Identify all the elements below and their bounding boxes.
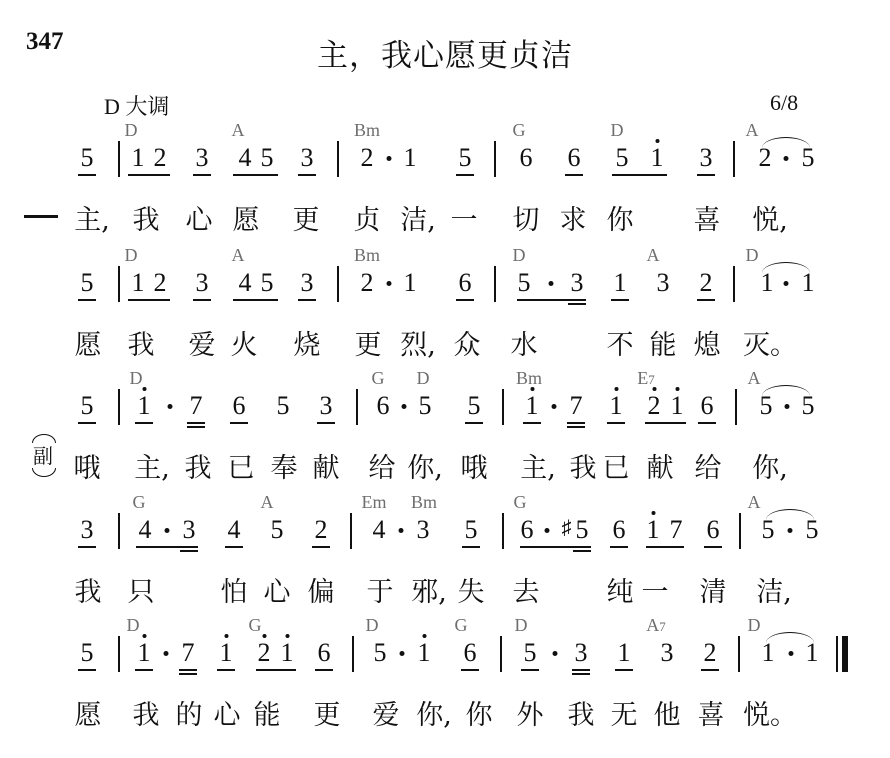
- lyric-syllable: 悦,: [752, 198, 788, 237]
- augmentation-dot: [784, 281, 789, 286]
- chord-symbol: G: [133, 492, 146, 513]
- augmentation-dot: [785, 404, 790, 409]
- beam-underline: [128, 174, 170, 176]
- lyric-syllable: 清: [700, 570, 727, 609]
- note: 5: [459, 145, 472, 171]
- lyric-syllable: 灭。: [743, 323, 797, 362]
- note: 5: [81, 270, 94, 296]
- lyric-syllable: 众: [454, 323, 481, 362]
- sixteenth-underline: [568, 303, 586, 305]
- chord-symbol: D: [366, 615, 379, 636]
- note: 3: [575, 640, 588, 666]
- key-signature: D 大调: [104, 90, 169, 121]
- bar-line: [494, 266, 496, 302]
- note: 7: [570, 393, 583, 419]
- lyric-syllable: 无: [611, 693, 638, 732]
- chord-symbol: D: [127, 615, 140, 636]
- refrain-marker-arc-bottom: [32, 468, 56, 477]
- high-octave-dot: [652, 387, 656, 391]
- bar-line: [356, 389, 358, 425]
- bar-line: [352, 636, 354, 672]
- lyric-syllable: 我: [133, 693, 160, 732]
- augmentation-dot: [549, 281, 554, 286]
- lyric-syllable: 我: [128, 323, 155, 362]
- eighth-underline: [187, 422, 205, 424]
- eighth-underline: [611, 299, 629, 301]
- final-bar-thin: [836, 636, 838, 672]
- eighth-underline: [78, 546, 96, 548]
- chord-symbol: D: [746, 245, 759, 266]
- high-octave-dot: [655, 139, 659, 143]
- refrain-marker-arc-top: [32, 434, 56, 443]
- note: 3: [301, 145, 314, 171]
- eighth-underline: [701, 669, 719, 671]
- note: 5: [616, 145, 629, 171]
- note: 2: [154, 270, 167, 296]
- note: 2: [700, 270, 713, 296]
- lyric-syllable: 他: [654, 693, 681, 732]
- chord-symbol: D: [417, 368, 430, 389]
- lyric-syllable: 能: [254, 693, 281, 732]
- lyric-syllable: 更: [293, 198, 320, 237]
- bar-line: [337, 266, 339, 302]
- lyric-syllable: 心: [214, 693, 241, 732]
- note: 1: [138, 393, 151, 419]
- sixteenth-underline: [572, 673, 590, 675]
- note: 2: [361, 145, 374, 171]
- lyric-syllable: 愿: [75, 323, 102, 362]
- eighth-underline: [78, 174, 96, 176]
- lyric-syllable: 求: [560, 198, 587, 237]
- augmentation-dot: [552, 404, 557, 409]
- note: 3: [320, 393, 333, 419]
- beam-underline: [520, 546, 589, 548]
- note: 2: [648, 393, 661, 419]
- augmentation-dot: [400, 651, 405, 656]
- beam-underline: [233, 299, 278, 301]
- chord-symbol: A: [748, 492, 761, 513]
- eighth-underline: [465, 422, 483, 424]
- note: 3: [81, 517, 94, 543]
- eighth-underline: [567, 422, 585, 424]
- chord-symbol: A: [748, 368, 761, 389]
- note: 3: [196, 145, 209, 171]
- note: 3: [657, 270, 670, 296]
- sixteenth-underline: [180, 550, 198, 552]
- note: 1: [138, 640, 151, 666]
- chord-symbol: D: [748, 615, 761, 636]
- lyric-syllable: 烈,: [400, 323, 436, 362]
- eighth-underline: [607, 422, 625, 424]
- lyric-syllable: 水: [511, 323, 538, 362]
- chord-symbol: G: [513, 120, 526, 141]
- sixteenth-underline: [179, 673, 197, 675]
- verse-lead-dash: [24, 215, 58, 218]
- lyric-syllable: 奉: [271, 446, 298, 485]
- bar-line: [118, 266, 120, 302]
- eighth-underline: [456, 299, 474, 301]
- augmentation-dot: [402, 404, 407, 409]
- lyric-syllable: 外: [517, 693, 544, 732]
- note: 5: [81, 393, 94, 419]
- lyric-syllable: 愿: [233, 198, 260, 237]
- lyric-syllable: 已: [603, 446, 630, 485]
- beam-underline: [233, 174, 278, 176]
- note: 3: [661, 640, 674, 666]
- bar-line: [350, 513, 352, 549]
- chord-symbol: Bm: [516, 368, 542, 389]
- eighth-underline: [78, 299, 96, 301]
- lyric-syllable: 喜: [698, 693, 725, 732]
- eighth-underline: [610, 546, 628, 548]
- note: 1: [647, 517, 660, 543]
- chord-symbol: G: [455, 615, 468, 636]
- high-octave-dot: [142, 387, 146, 391]
- note: 6: [568, 145, 581, 171]
- eighth-underline: [217, 669, 235, 671]
- eighth-underline: [298, 299, 316, 301]
- eighth-underline: [697, 174, 715, 176]
- lyric-syllable: 更: [314, 693, 341, 732]
- note: 6: [464, 640, 477, 666]
- note: 6: [233, 393, 246, 419]
- augmentation-dot: [784, 156, 789, 161]
- eighth-underline: [698, 422, 716, 424]
- eighth-underline: [225, 546, 243, 548]
- eighth-underline: [317, 422, 335, 424]
- lyric-syllable: 一: [451, 198, 478, 237]
- lyric-syllable: 喜: [694, 198, 721, 237]
- chord-symbol: A7: [646, 615, 666, 636]
- note: 1: [614, 270, 627, 296]
- eighth-underline: [193, 299, 211, 301]
- note: 7: [182, 640, 195, 666]
- lyric-syllable: 我: [570, 446, 597, 485]
- augmentation-dot: [387, 281, 392, 286]
- beam-underline: [645, 422, 686, 424]
- note: 3: [301, 270, 314, 296]
- hymn-title: 主，我心愿更贞洁: [0, 30, 890, 75]
- note: 3: [183, 517, 196, 543]
- chord-symbol: G: [514, 492, 527, 513]
- lyric-syllable: 哦: [461, 446, 488, 485]
- note: 6: [318, 640, 331, 666]
- high-octave-dot: [262, 634, 266, 638]
- note: 1: [671, 393, 684, 419]
- lyric-syllable: 的: [176, 693, 203, 732]
- lyric-syllable: 主,: [520, 446, 556, 485]
- note: 2: [315, 517, 328, 543]
- eighth-underline: [193, 174, 211, 176]
- note: 3: [571, 270, 584, 296]
- note: 6: [707, 517, 720, 543]
- chord-symbol: A: [232, 120, 245, 141]
- bar-line: [733, 266, 735, 302]
- lyric-syllable: 熄: [694, 323, 721, 362]
- lyric-syllable: 邪,: [411, 570, 447, 609]
- note: 5: [261, 145, 274, 171]
- note: 7: [190, 393, 203, 419]
- lyric-syllable: 给: [369, 446, 396, 485]
- lyric-syllable: 我: [75, 570, 102, 609]
- augmentation-dot: [387, 156, 392, 161]
- note: 1: [220, 640, 233, 666]
- lyric-syllable: 我: [568, 693, 595, 732]
- tie-arc: [766, 632, 814, 643]
- sixteenth-underline: [187, 426, 205, 428]
- lyric-syllable: 贞: [354, 198, 381, 237]
- high-octave-dot: [142, 634, 146, 638]
- note: 5: [271, 517, 284, 543]
- lyric-syllable: 你: [607, 198, 634, 237]
- note: 1: [761, 270, 774, 296]
- chord-symbol: D: [130, 368, 143, 389]
- note: 4: [373, 517, 386, 543]
- note: 5♯: [576, 517, 589, 543]
- tie-arc: [762, 262, 810, 273]
- note: 3: [196, 270, 209, 296]
- lyric-syllable: 更: [355, 323, 382, 362]
- lyric-syllable: 洁,: [756, 570, 792, 609]
- beam-underline: [646, 546, 684, 548]
- lyric-syllable: 于: [367, 570, 394, 609]
- augmentation-dot: [788, 528, 793, 533]
- augmentation-dot: [789, 651, 794, 656]
- lyric-syllable: 切: [513, 198, 540, 237]
- augmentation-dot: [164, 651, 169, 656]
- chord-symbol: A: [261, 492, 274, 513]
- chord-symbol: Em: [362, 492, 387, 513]
- bar-line: [337, 141, 339, 177]
- note: 1: [610, 393, 623, 419]
- note: 1: [618, 640, 631, 666]
- eighth-underline: [521, 669, 539, 671]
- bar-line: [502, 513, 504, 549]
- eighth-underline: [697, 299, 715, 301]
- note: 5: [760, 393, 773, 419]
- note: 3: [700, 145, 713, 171]
- tie-arc: [762, 385, 810, 396]
- eighth-underline: [315, 669, 333, 671]
- augmentation-dot: [399, 528, 404, 533]
- lyric-syllable: 哦: [74, 446, 101, 485]
- eighth-underline: [572, 669, 590, 671]
- chord-symbol: Bm: [354, 245, 380, 266]
- beam-underline: [612, 174, 667, 176]
- note: 4: [139, 517, 152, 543]
- sharp-icon: ♯: [562, 515, 572, 541]
- note: 1: [404, 145, 417, 171]
- eighth-underline: [461, 669, 479, 671]
- augmentation-dot: [168, 404, 173, 409]
- refrain-marker: 副: [32, 440, 54, 469]
- high-octave-dot: [614, 387, 618, 391]
- note: 1: [762, 640, 775, 666]
- note: 1: [132, 145, 145, 171]
- lyric-syllable: 爱: [373, 693, 400, 732]
- lyric-syllable: 火: [231, 323, 258, 362]
- lyric-syllable: 怕: [221, 570, 248, 609]
- high-octave-dot: [530, 387, 534, 391]
- bar-line: [118, 141, 120, 177]
- note: 5: [465, 517, 478, 543]
- lyric-syllable: 心: [264, 570, 291, 609]
- chord-symbol: D: [611, 120, 624, 141]
- note: 4: [239, 145, 252, 171]
- time-signature: 6/8: [770, 90, 798, 116]
- eighth-underline: [135, 669, 153, 671]
- note: 5: [806, 517, 819, 543]
- eighth-underline: [78, 422, 96, 424]
- note: 5: [468, 393, 481, 419]
- chord-symbol: Bm: [411, 492, 437, 513]
- beam-underline: [136, 546, 197, 548]
- note: 2: [258, 640, 271, 666]
- note: 5: [762, 517, 775, 543]
- eighth-underline: [456, 174, 474, 176]
- bar-line: [739, 513, 741, 549]
- note: 3: [417, 517, 430, 543]
- eighth-underline: [523, 422, 541, 424]
- bar-line: [502, 389, 504, 425]
- eighth-underline: [615, 669, 633, 671]
- sixteenth-underline: [573, 550, 591, 552]
- lyric-syllable: 不: [607, 323, 634, 362]
- refrain-marker-label: 副: [33, 444, 53, 468]
- chord-symbol: E7: [637, 368, 655, 389]
- note: 4: [228, 517, 241, 543]
- bar-line: [735, 389, 737, 425]
- lyric-syllable: 纯: [607, 570, 634, 609]
- note: 6: [520, 145, 533, 171]
- chord-symbol: A: [746, 120, 759, 141]
- augmentation-dot: [545, 528, 550, 533]
- note: 5: [518, 270, 531, 296]
- bar-line: [733, 141, 735, 177]
- note: 1: [526, 393, 539, 419]
- note: 6: [459, 270, 472, 296]
- lyric-syllable: 你: [466, 693, 493, 732]
- eighth-underline: [135, 422, 153, 424]
- lyric-syllable: 爱: [189, 323, 216, 362]
- note: 1: [404, 270, 417, 296]
- note: 5: [81, 640, 94, 666]
- note: 5: [802, 145, 815, 171]
- note: 1: [802, 270, 815, 296]
- eighth-underline: [704, 546, 722, 548]
- high-octave-dot: [675, 387, 679, 391]
- note: 6: [377, 393, 390, 419]
- note: 5: [261, 270, 274, 296]
- lyric-syllable: 你,: [407, 446, 443, 485]
- note: 2: [154, 145, 167, 171]
- bar-line: [118, 513, 120, 549]
- lyric-syllable: 愿: [75, 693, 102, 732]
- final-bar-thick: [842, 636, 848, 672]
- lyric-syllable: 献: [313, 446, 340, 485]
- chord-symbol: D: [513, 245, 526, 266]
- lyric-syllable: 给: [695, 446, 722, 485]
- lyric-syllable: 我: [133, 198, 160, 237]
- lyric-syllable: 主,: [134, 446, 170, 485]
- lyric-syllable: 你,: [752, 446, 788, 485]
- note: 1: [418, 640, 431, 666]
- note: 1: [651, 145, 664, 171]
- beam-underline: [517, 299, 584, 301]
- bar-line: [738, 636, 740, 672]
- lyric-syllable: 主,: [74, 198, 110, 237]
- lyric-syllable: 偏: [308, 570, 335, 609]
- note: 2: [704, 640, 717, 666]
- note: 5: [277, 393, 290, 419]
- chord-symbol: G: [249, 615, 262, 636]
- high-octave-dot: [285, 634, 289, 638]
- note: 1: [281, 640, 294, 666]
- note: 1: [806, 640, 819, 666]
- bar-line: [500, 636, 502, 672]
- note: 4: [239, 270, 252, 296]
- lyric-syllable: 能: [650, 323, 677, 362]
- note: 5: [524, 640, 537, 666]
- note: 5: [802, 393, 815, 419]
- lyric-syllable: 心: [186, 198, 213, 237]
- beam-underline: [256, 669, 296, 671]
- lyric-syllable: 一: [642, 570, 669, 609]
- chord-symbol: G: [372, 368, 385, 389]
- high-octave-dot: [651, 511, 655, 515]
- lyric-syllable: 去: [513, 570, 540, 609]
- chord-symbol: A: [647, 245, 660, 266]
- note: 1: [132, 270, 145, 296]
- high-octave-dot: [422, 634, 426, 638]
- lyric-syllable: 已: [228, 446, 255, 485]
- eighth-underline: [78, 669, 96, 671]
- note: 6: [521, 517, 534, 543]
- lyric-syllable: 烧: [294, 323, 321, 362]
- eighth-underline: [565, 174, 583, 176]
- note: 5: [374, 640, 387, 666]
- tie-arc: [766, 509, 814, 520]
- bar-line: [118, 389, 120, 425]
- eighth-underline: [462, 546, 480, 548]
- tie-arc: [762, 137, 810, 148]
- eighth-underline: [179, 669, 197, 671]
- bar-line: [118, 636, 120, 672]
- eighth-underline: [230, 422, 248, 424]
- augmentation-dot: [553, 651, 558, 656]
- lyric-syllable: 悦。: [743, 693, 797, 732]
- lyric-syllable: 我: [185, 446, 212, 485]
- note: 6: [701, 393, 714, 419]
- lyric-syllable: 你,: [416, 693, 452, 732]
- augmentation-dot: [165, 528, 170, 533]
- bar-line: [494, 141, 496, 177]
- chord-symbol: Bm: [354, 120, 380, 141]
- chord-symbol: D: [125, 120, 138, 141]
- lyric-syllable: 失: [458, 570, 485, 609]
- eighth-underline: [298, 174, 316, 176]
- note: 7: [670, 517, 683, 543]
- note: 6: [613, 517, 626, 543]
- note: 2: [759, 145, 772, 171]
- lyric-syllable: 洁,: [400, 198, 436, 237]
- beam-underline: [128, 299, 170, 301]
- chord-symbol: D: [125, 245, 138, 266]
- note: 5: [419, 393, 432, 419]
- chord-symbol: A: [232, 245, 245, 266]
- lyric-syllable: 献: [647, 446, 674, 485]
- lyric-syllable: 只: [128, 570, 155, 609]
